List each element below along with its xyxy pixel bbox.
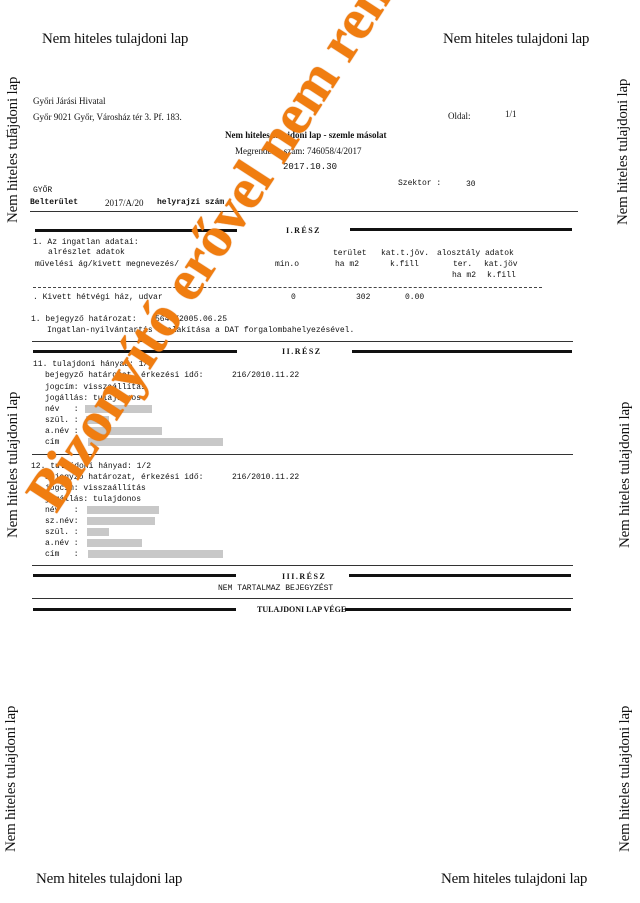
owner-decision-value: 216/2010.11.22 [232,371,299,381]
part1-title: I.RÉSZ [286,226,321,235]
end-rule-right [345,608,571,611]
watermark-left-3: Nem hiteles tulajdoni lap [3,706,20,852]
part3-note: NEM TARTALMAZ BEJEGYZÉST [218,584,333,594]
col-sub-cat-2: k.fill [487,271,516,281]
sector-label: Szektor : [398,179,441,189]
watermark-right-1: Nem hiteles tulajdoni lap [615,79,632,225]
col-cat-1: kat.t.jöv. [381,249,429,259]
owner-field-birth: szül. : [45,528,79,538]
lot-number: 2017/A/20 [105,198,144,208]
end-of-document-label: TULAJDONI LAP VÉGE [257,605,346,614]
page-value: 1/1 [505,109,517,119]
redacted-address [88,550,223,558]
redacted-name [87,506,159,514]
redacted-mother [87,539,142,547]
redacted-birth [87,528,109,536]
sector-value: 30 [466,180,476,190]
owner-divider [32,454,573,455]
col-cat-2: k.fill [390,260,419,270]
watermark-bottom-left: Nem hiteles tulajdoni lap [36,871,182,888]
watermark-right-2: Nem hiteles tulajdoni lap [617,402,634,548]
part1-rule-right [350,228,572,231]
watermark-left-2: Nem hiteles tulajdoni lap [5,392,22,538]
col-area-2: ha m2 [335,260,359,270]
subparcel-heading: alrészlet adatok [48,248,125,258]
owner-decision-value: 216/2010.11.22 [232,473,299,483]
part3-title: III.RÉSZ [282,572,326,581]
owner-field-mother: a.név : [45,539,79,549]
page-label: Oldal: [448,111,471,121]
end-rule-left [33,608,236,611]
col-subclass: alosztály adatok [437,249,514,259]
part2-bottom-divider [32,565,573,566]
redacted-birth-name [87,517,155,525]
part3-rule-right [349,574,571,577]
col-sub-area-2: ha m2 [452,271,476,281]
part2-rule-right [352,350,572,353]
col-area-1: terület [333,249,367,259]
part3-bottom-divider [32,598,573,599]
property-heading: 1. Az ingatlan adatai: [33,238,139,248]
left-margin-marker: 17 [5,128,14,138]
city: GYŐR [33,186,52,196]
watermark-top-right: Nem hiteles tulajdoni lap [443,31,589,48]
parcel-row-cat: 0.00 [405,293,424,303]
watermark-top-left: Nem hiteles tulajdoni lap [42,31,188,48]
table-dashed-divider [33,287,542,288]
entry-note: Ingatlan-nyilvántartás átalakítása a DAT… [47,326,354,336]
col-sub-cat-1: kat.jöv [484,260,518,270]
parcel-row-area: 302 [356,293,370,303]
office-name: Győri Járási Hivatal [33,96,105,106]
area-type: Belterület [30,198,78,208]
watermark-right-3: Nem hiteles tulajdoni lap [617,706,634,852]
parcel-row-min: 0 [291,293,296,303]
watermark-left-1: Nem hiteles tulajdoni lap [5,77,22,223]
office-address: Győr 9021 Győr, Városház tér 3. Pf. 183. [33,112,182,122]
col-sub-area-1: ter. [453,260,472,270]
owner-field-birth-name: sz.név: [45,517,79,527]
watermark-bottom-right: Nem hiteles tulajdoni lap [441,871,587,888]
owner-field-address: cím : [45,550,79,560]
header-divider [30,211,578,212]
part2-title: II.RÉSZ [282,347,322,356]
part3-rule-left [33,574,236,577]
col-min: min.o [275,260,299,270]
